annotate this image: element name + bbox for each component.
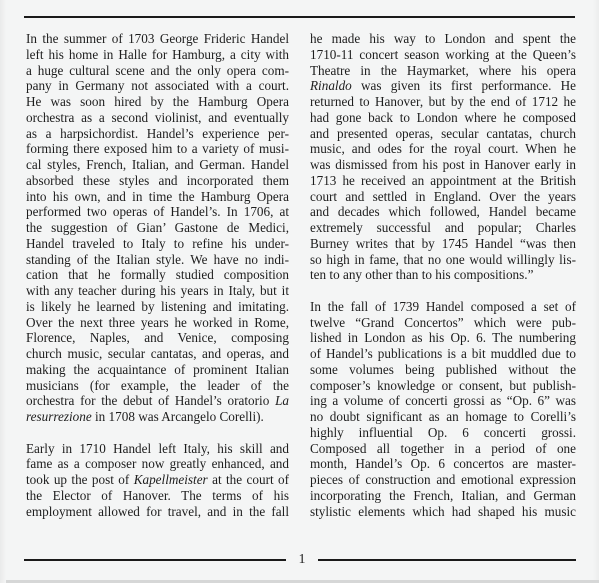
text-line: 1713 he received an appointment at the B… [310,173,576,189]
italic-title-la: La [275,393,289,408]
text-line: music, and odes for the royal court. Whe… [310,141,576,157]
text-line: musicians (for example, the leader of th… [26,378,289,394]
text-line: lished in London as his Op. 6. The numbe… [310,330,576,346]
text-line: so high in fame, that no one would willi… [310,252,576,268]
text-line: pieces of construction and emotional exp… [310,472,576,488]
text-line: cal styles, French, Italian, and German.… [26,157,289,173]
text-line: was dismissed from his post in Hanover e… [310,157,576,173]
text-line: pany in Germany not associated with a co… [26,78,289,94]
text-line: orchestra for the debut of Handel’s orat… [26,393,289,409]
text-line: no doubt significant as an homage to Cor… [310,409,576,425]
italic-term-kapellmeister: Kapellmeister [134,472,208,487]
text-line: cation that he formally studied composit… [26,267,289,283]
text-line: composer’s knowledge or consent, but pub… [310,378,576,394]
page-number: 1 [286,550,318,570]
text-line: had gone back to London where he compose… [310,110,576,126]
text-line: standing of the Italian style. We have n… [26,252,289,268]
text-line: and decades which followed, Handel becam… [310,204,576,220]
text-line: orchestra as a second violinist, and eve… [26,110,289,126]
italic-title-rinaldo: Rinaldo [310,78,352,93]
paragraph-handel-early-years: In the summer of 1703 George Frideric Ha… [26,31,289,425]
text-fragment: orchestra for the debut of Handel’s orat… [26,393,269,408]
text-line: a huge cultural scene and the only opera… [26,63,289,79]
text-line: Handel traveled to Italy to refine his u… [26,236,289,252]
paragraph-hanover: Early in 1710 Handel left Italy, his ski… [26,441,289,520]
text-line: Florence, Naples, and Venice, composing [26,330,289,346]
paragraph-grand-concertos: In the fall of 1739 Handel composed a se… [310,299,576,520]
text-line: ten to any other than to his composition… [310,267,576,283]
text-line: resurrezione in 1708 was Arcangelo Corel… [26,409,289,425]
text-line: absorbed these styles and incorporated t… [26,173,289,189]
text-line: Over the next three years he worked in R… [26,315,289,331]
text-line: the suggestion of Gian’ Gastone de Medic… [26,220,289,236]
paragraph-london: he made his way to London and spent the … [310,31,576,283]
text-line: is likely he learned by listening and im… [26,299,289,315]
text-line: into his own, and in time the Hamburg Op… [26,189,289,205]
text-line: He was soon hired by the Hamburg Opera [26,94,289,110]
text-line: he made his way to London and spent the [310,31,576,47]
text-line: month, Handel’s Op. 6 concertos are mast… [310,456,576,472]
italic-title-resurrezione: resurrezione [26,409,92,424]
text-line: returned to Hanover, but by the end of 1… [310,94,576,110]
text-line: In the fall of 1739 Handel composed a se… [310,299,576,315]
text-line: took up the post of Kapellmeister at the… [26,472,289,488]
page-footer: 1 [24,550,575,570]
text-line: of Handel’s publications is a bit muddle… [310,346,576,362]
top-rule [24,16,575,18]
text-line: fame as a composer now greatly enhanced,… [26,456,289,472]
text-line: church music, secular cantatas, and oper… [26,346,289,362]
text-line: court and settled in England. Over the y… [310,189,576,205]
text-line: Rinaldo was given its first performance.… [310,78,576,94]
text-line: stylistic elements which had shaped his … [310,504,576,520]
text-line: Burney writes that by 1745 Handel “was t… [310,236,576,252]
text-line: In the summer of 1703 George Frideric Ha… [26,31,289,47]
text-line: and presented operas, secular cantatas, … [310,126,576,142]
text-line: with any teacher during his years in Ita… [26,283,289,299]
text-line: making the acquaintance of prominent Ita… [26,362,289,378]
text-line: performed two operas of Handel’s. In 170… [26,204,289,220]
right-column: he made his way to London and spent the … [310,31,576,519]
text-line: 1710-11 concert season working at the Qu… [310,47,576,63]
text-line: extremely successful and popular; Charle… [310,220,576,236]
text-line: highly influential Op. 6 concerti grossi… [310,425,576,441]
text-line: Composed all together in a period of one [310,441,576,457]
text-line: incorporating the French, Italian, and G… [310,488,576,504]
bottom-rule-left [24,559,286,561]
text-line: Theatre in the Haymarket, where his oper… [310,63,576,79]
text-line: employment allowed for travel, and in th… [26,504,289,520]
text-fragment: was given its first performance. He [361,78,576,93]
text-fragment: took up the post of [26,472,129,487]
text-line: twelve “Grand Concertos” which were pub- [310,315,576,331]
text-line: left his home in Halle for Hamburg, a ci… [26,47,289,63]
left-column: In the summer of 1703 George Frideric Ha… [26,31,289,519]
text-line: some volumes being published without the [310,362,576,378]
text-line: the Elector of Hanover. The terms of his [26,488,289,504]
text-line: forming there exposed him to a variety o… [26,141,289,157]
text-fragment: in 1708 was Arcangelo Corelli). [95,409,264,424]
text-line: ing a volume of concerti grossi as “Op. … [310,393,576,409]
text-line: as a harpsichordist. Handel’s experience… [26,126,289,142]
text-fragment: at the court of [212,472,289,487]
bottom-rule-right [318,559,576,561]
booklet-page: In the summer of 1703 George Frideric Ha… [0,0,599,583]
text-line: Early in 1710 Handel left Italy, his ski… [26,441,289,457]
